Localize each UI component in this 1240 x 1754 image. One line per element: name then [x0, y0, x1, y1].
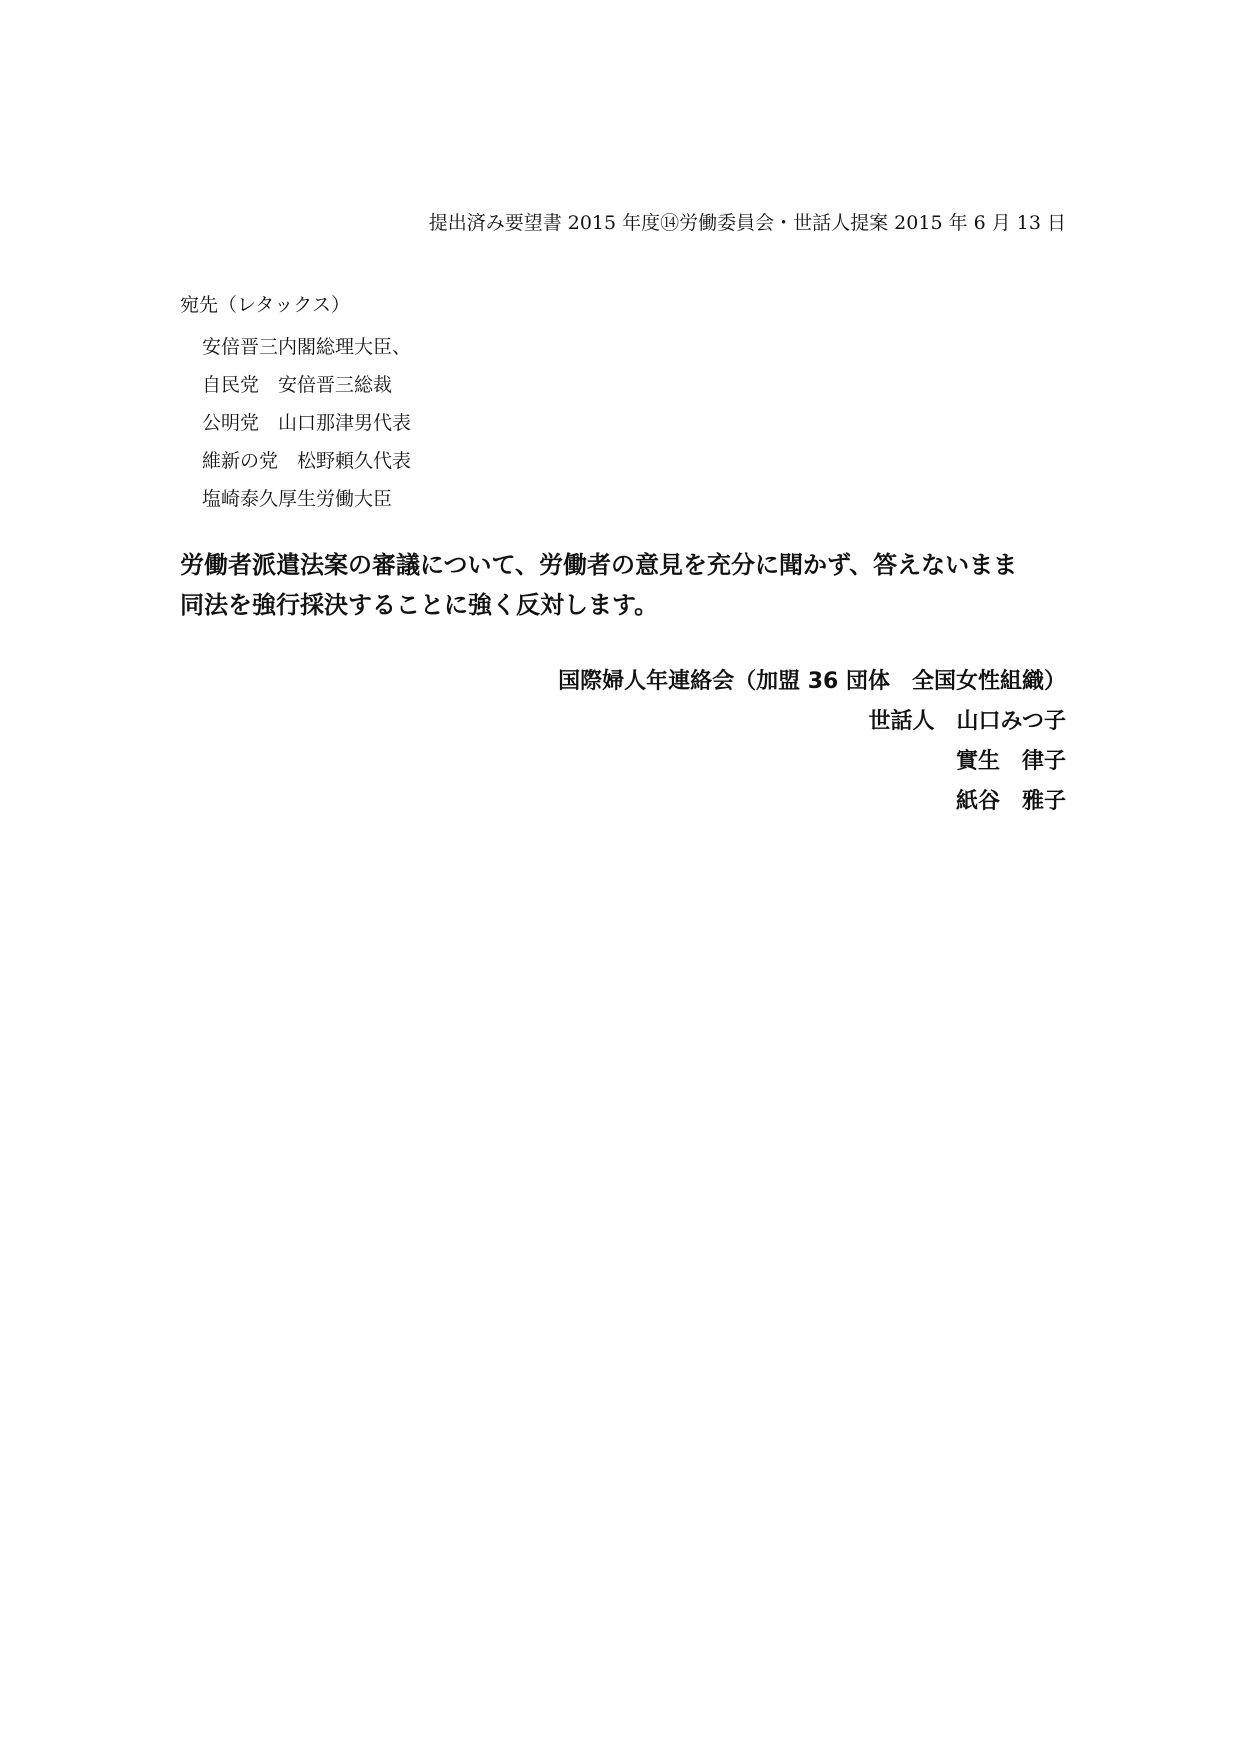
signature-line: 世話人 山口みつ子	[558, 702, 1066, 742]
document-header: 提出済み要望書 2015 年度⑭労働委員会・世話人提案 2015 年 6 月 1…	[429, 208, 1066, 235]
statement: 労働者派遣法案の審議について、労働者の意見を充分に聞かず、答えないまま 同法を強…	[180, 545, 1080, 625]
signature-organization: 国際婦人年連絡会（加盟 36 団体 全国女性組織）	[558, 662, 1066, 702]
recipient-item: 自民党 安倍晋三総裁	[202, 366, 411, 404]
recipient-item: 公明党 山口那津男代表	[202, 404, 411, 442]
document-page: 提出済み要望書 2015 年度⑭労働委員会・世話人提案 2015 年 6 月 1…	[0, 0, 1240, 1754]
statement-line: 同法を強行採決することに強く反対します。	[180, 585, 1080, 625]
statement-line: 労働者派遣法案の審議について、労働者の意見を充分に聞かず、答えないまま	[180, 545, 1080, 585]
recipient-item: 維新の党 松野頼久代表	[202, 442, 411, 480]
signature-line: 實生 律子	[558, 742, 1066, 782]
signature-block: 国際婦人年連絡会（加盟 36 団体 全国女性組織） 世話人 山口みつ子 實生 律…	[558, 662, 1066, 822]
recipient-list: 安倍晋三内閣総理大臣、 自民党 安倍晋三総裁 公明党 山口那津男代表 維新の党 …	[202, 328, 411, 518]
addressee-title: 宛先（レタックス）	[180, 290, 350, 317]
signature-line: 紙谷 雅子	[558, 782, 1066, 822]
recipient-item: 安倍晋三内閣総理大臣、	[202, 328, 411, 366]
recipient-item: 塩崎泰久厚生労働大臣	[202, 480, 411, 518]
